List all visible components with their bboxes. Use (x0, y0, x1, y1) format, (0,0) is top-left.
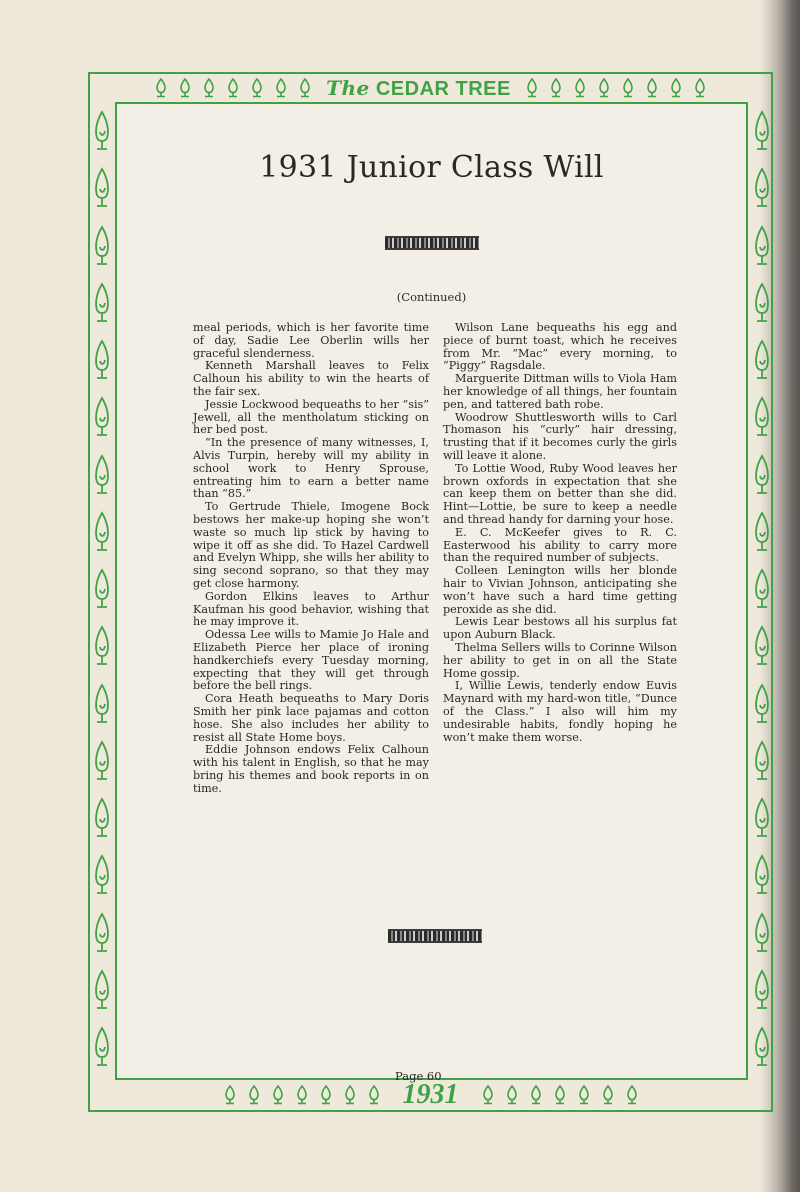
cedar-tree-icon (92, 625, 112, 669)
flame-tree-icon (226, 78, 240, 98)
cedar-tree-icon (752, 797, 772, 841)
flame-tree-icon (274, 78, 288, 98)
flame-tree-icon (553, 1085, 567, 1105)
cedar-tree-icon (752, 511, 772, 555)
paragraph: E. C. McKeefer gives to R. C. Easterwood… (443, 527, 677, 565)
cedar-tree-icon (752, 282, 772, 326)
paragraph: Colleen Lenington wills her blonde hair … (443, 565, 677, 616)
publication-title: The CEDAR TREE (326, 76, 511, 101)
cedar-tree-icon (752, 740, 772, 784)
flame-tree-icon (154, 78, 168, 98)
cedar-tree-icon (92, 339, 112, 383)
flame-tree-icon (319, 1085, 333, 1105)
flame-tree-icon (295, 1085, 309, 1105)
flame-tree-icon (343, 1085, 357, 1105)
continued-label: (Continued) (115, 290, 748, 304)
cedar-tree-icon (752, 454, 772, 498)
paragraph: Thelma Sellers wills to Corinne Wilson h… (443, 642, 677, 680)
paragraph: I, Willie Lewis, tenderly endow Euvis Ma… (443, 680, 677, 744)
flame-tree-icon (577, 1085, 591, 1105)
paragraph: Marguerite Dittman wills to Viola Ham he… (443, 373, 677, 411)
cedar-tree-icon (752, 912, 772, 956)
cedar-tree-icon (92, 511, 112, 555)
cedar-tree-icon (92, 912, 112, 956)
right-text-column: Wilson Lane bequeaths his egg and piece … (443, 322, 677, 744)
cedar-tree-icon (92, 110, 112, 154)
flame-tree-icon (597, 78, 611, 98)
cedar-tree-icon (752, 854, 772, 898)
paragraph: Cora Heath bequeaths to Mary Doris Smith… (193, 693, 429, 744)
cedar-tree-icon (752, 110, 772, 154)
cedar-tree-icon (92, 969, 112, 1013)
cedar-tree-icon (752, 339, 772, 383)
flame-tree-icon (693, 78, 707, 98)
publication-title-the: The (326, 76, 370, 100)
footer-year: 1931 (403, 1081, 459, 1109)
cedar-tree-icon (752, 625, 772, 669)
flame-tree-icon (178, 78, 192, 98)
right-tree-border (751, 110, 773, 1070)
left-tree-border (91, 110, 113, 1070)
cedar-tree-icon (92, 454, 112, 498)
paragraph: Kenneth Marshall leaves to Felix Calhoun… (193, 360, 429, 398)
cedar-tree-icon (92, 225, 112, 269)
paragraph: “In the presence of many witnesses, I, A… (193, 437, 429, 501)
publication-title-name: CEDAR TREE (376, 78, 511, 100)
cedar-tree-icon (752, 396, 772, 440)
flame-tree-icon (621, 78, 635, 98)
paragraph: To Lottie Wood, Ruby Wood leaves her bro… (443, 463, 677, 527)
flame-tree-icon (669, 78, 683, 98)
left-text-column: meal periods, which is her favorite time… (193, 322, 429, 795)
cedar-tree-icon (92, 854, 112, 898)
cedar-tree-icon (752, 683, 772, 727)
cedar-tree-icon (752, 1026, 772, 1070)
cedar-tree-icon (752, 969, 772, 1013)
scroll-ornament-divider (385, 236, 479, 250)
cedar-tree-icon (752, 167, 772, 211)
flame-tree-icon (247, 1085, 261, 1105)
flame-tree-icon (298, 78, 312, 98)
cedar-tree-icon (752, 225, 772, 269)
flame-tree-icon (529, 1085, 543, 1105)
footer-right-ornaments (481, 1085, 639, 1105)
flame-tree-icon (223, 1085, 237, 1105)
flame-tree-icon (525, 78, 539, 98)
cedar-tree-icon (92, 282, 112, 326)
header-band: The CEDAR TREE (90, 74, 771, 102)
cedar-tree-icon (92, 396, 112, 440)
header-left-ornaments (154, 78, 312, 98)
paragraph: Odessa Lee wills to Mamie Jo Hale and El… (193, 629, 429, 693)
cedar-tree-icon (92, 797, 112, 841)
paragraph: Wilson Lane bequeaths his egg and piece … (443, 322, 677, 373)
flame-tree-icon (601, 1085, 615, 1105)
flame-tree-icon (271, 1085, 285, 1105)
cedar-tree-icon (92, 1026, 112, 1070)
footer-left-ornaments (223, 1085, 381, 1105)
flame-tree-icon (202, 78, 216, 98)
paragraph: meal periods, which is her favorite time… (193, 322, 429, 360)
flame-tree-icon (505, 1085, 519, 1105)
footer-band: 1931 (90, 1080, 771, 1110)
cedar-tree-icon (92, 167, 112, 211)
flame-tree-icon (481, 1085, 495, 1105)
cedar-tree-icon (752, 568, 772, 612)
cedar-tree-icon (92, 568, 112, 612)
flame-tree-icon (367, 1085, 381, 1105)
paragraph: Jessie Lockwood bequeaths to her “sis” J… (193, 399, 429, 437)
flame-tree-icon (573, 78, 587, 98)
flame-tree-icon (250, 78, 264, 98)
paragraph: Woodrow Shuttlesworth wills to Carl Thom… (443, 412, 677, 463)
paragraph: Gordon Elkins leaves to Arthur Kaufman h… (193, 591, 429, 629)
header-right-ornaments (525, 78, 707, 98)
page-title: 1931 Junior Class Will (115, 150, 748, 185)
paragraph: To Gertrude Thiele, Imogene Bock bestows… (193, 501, 429, 591)
scroll-ornament-divider (388, 929, 482, 943)
paragraph: Eddie Johnson endows Felix Calhoun with … (193, 744, 429, 795)
flame-tree-icon (645, 78, 659, 98)
cedar-tree-icon (92, 740, 112, 784)
flame-tree-icon (549, 78, 563, 98)
flame-tree-icon (625, 1085, 639, 1105)
cedar-tree-icon (92, 683, 112, 727)
paragraph: Lewis Lear bestows all his surplus fat u… (443, 616, 677, 642)
